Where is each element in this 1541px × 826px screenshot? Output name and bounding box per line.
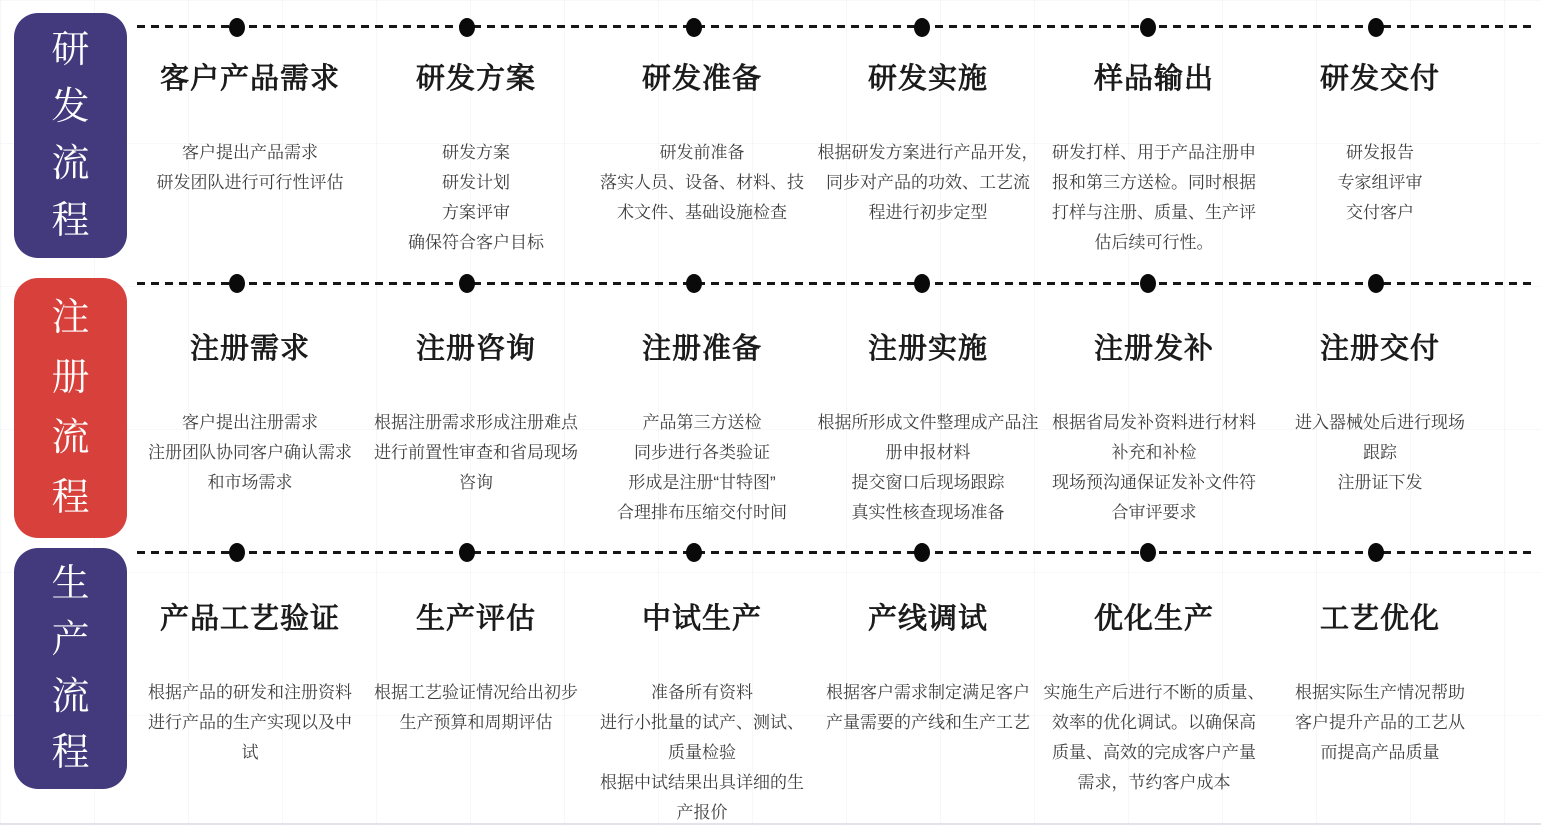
stage-description-line: 客户提升产品的工艺从 — [1267, 708, 1493, 738]
stage-title: 注册咨询 — [363, 332, 589, 366]
stage-description-line: 试 — [137, 738, 363, 768]
stage-description-line: 合审评要求 — [1041, 498, 1267, 528]
stage-description-line: 根据注册需求形成注册难点 — [363, 408, 589, 438]
stage-description-line: 进行前置性审查和省局现场 — [363, 438, 589, 468]
stage-description: 进入器械处后进行现场 跟踪 注册证下发 — [1267, 408, 1493, 498]
stage: 研发实施 根据研发方案进行产品开发， 同步对产品的功效、工艺流 程进行初步定型 — [815, 0, 1041, 258]
stage-description-line: 根据省局发补资料进行材料 — [1041, 408, 1267, 438]
stage-description-line: 现场预沟通保证发补文件符 — [1041, 468, 1267, 498]
stage-description: 研发报告 专家组评审 交付客户 — [1267, 138, 1493, 228]
stage-description-line: 根据工艺验证情况给出初步 — [363, 678, 589, 708]
stage-description-line: 同步进行各类验证 — [589, 438, 815, 468]
row-label-char: 研 — [51, 30, 89, 70]
bottom-divider — [0, 823, 1541, 825]
stage-title: 优化生产 — [1041, 602, 1267, 636]
stage-description-line: 质量检验 — [589, 738, 815, 768]
stage-description: 根据省局发补资料进行材料 补充和补检 现场预沟通保证发补文件符 合审评要求 — [1041, 408, 1267, 528]
stage-description-line: 产品第三方送检 — [589, 408, 815, 438]
stage-description-line: 根据实际生产情况帮助 — [1267, 678, 1493, 708]
stage-description: 根据注册需求形成注册难点 进行前置性审查和省局现场 咨询 — [363, 408, 589, 498]
stage-title: 产品工艺验证 — [137, 602, 363, 636]
stage-description: 研发打样、用于产品注册申 报和第三方送检。同时根据 打样与注册、质量、生产评 估… — [1041, 138, 1267, 258]
stage-description: 产品第三方送检 同步进行各类验证 形成是注册“甘特图” 合理排布压缩交付时间 — [589, 408, 815, 528]
stage-description-line: 合理排布压缩交付时间 — [589, 498, 815, 528]
row-label-char: 产 — [51, 620, 89, 660]
stage-description-line: 和市场需求 — [137, 468, 363, 498]
stage-description-line: 专家组评审 — [1267, 168, 1493, 198]
stage-title: 工艺优化 — [1267, 602, 1493, 636]
stage-title: 客户产品需求 — [137, 62, 363, 96]
stage-description-line: 方案评审 — [363, 198, 589, 228]
stage-title: 生产评估 — [363, 602, 589, 636]
stage-description-line: 进行小批量的试产、测试、 — [589, 708, 815, 738]
stage-title: 注册发补 — [1041, 332, 1267, 366]
rd-stages: 客户产品需求 客户提出产品需求 研发团队进行可行性评估 研发方案 研发方案 研发… — [137, 0, 1493, 258]
stage-description: 根据实际生产情况帮助 客户提升产品的工艺从 而提高产品质量 — [1267, 678, 1493, 768]
stage-description: 根据客户需求制定满足客户 产量需要的产线和生产工艺 — [815, 678, 1041, 738]
stage-description-line: 册申报材料 — [815, 438, 1041, 468]
stage-description-line: 产量需要的产线和生产工艺 — [815, 708, 1041, 738]
stage-description-line: 形成是注册“甘特图” — [589, 468, 815, 498]
stage: 注册需求 客户提出注册需求 注册团队协同客户确认需求 和市场需求 — [137, 270, 363, 528]
stage: 客户产品需求 客户提出产品需求 研发团队进行可行性评估 — [137, 0, 363, 258]
row-label-char: 册 — [51, 358, 89, 398]
stage-description-line: 准备所有资料 — [589, 678, 815, 708]
stage-description-line: 报和第三方送检。同时根据 — [1041, 168, 1267, 198]
row-label-rd-process: 研 发 流 程 — [14, 13, 127, 258]
stage-title: 研发方案 — [363, 62, 589, 96]
stage-description-line: 根据中试结果出具详细的生 — [589, 768, 815, 798]
stage-description-line: 进行产品的生产实现以及中 — [137, 708, 363, 738]
stage-description-line: 需求，节约客户成本 — [1041, 768, 1267, 798]
stage: 研发准备 研发前准备 落实人员、设备、材料、技 术文件、基础设施检查 — [589, 0, 815, 258]
stage: 研发方案 研发方案 研发计划 方案评审 确保符合客户目标 — [363, 0, 589, 258]
stage-description-line: 产报价 — [589, 798, 815, 826]
stage-description-line: 研发计划 — [363, 168, 589, 198]
stage-description-line: 进入器械处后进行现场 — [1267, 408, 1493, 438]
production-stages: 产品工艺验证 根据产品的研发和注册资料 进行产品的生产实现以及中 试 生产评估 … — [137, 540, 1493, 826]
row-label-char: 程 — [51, 201, 89, 241]
stage: 注册咨询 根据注册需求形成注册难点 进行前置性审查和省局现场 咨询 — [363, 270, 589, 528]
row-label-char: 流 — [51, 418, 89, 458]
row-label-char: 生 — [51, 564, 89, 604]
row-label-char: 程 — [51, 478, 89, 518]
stage-description-line: 提交窗口后现场跟踪 — [815, 468, 1041, 498]
stage-description-line: 根据客户需求制定满足客户 — [815, 678, 1041, 708]
stage: 注册发补 根据省局发补资料进行材料 补充和补检 现场预沟通保证发补文件符 合审评… — [1041, 270, 1267, 528]
stage-title: 样品输出 — [1041, 62, 1267, 96]
stage-description-line: 注册团队协同客户确认需求 — [137, 438, 363, 468]
stage-description: 实施生产后进行不断的质量、 效率的优化调试。以确保高 质量、高效的完成客户产量 … — [1041, 678, 1267, 798]
stage-description: 根据研发方案进行产品开发， 同步对产品的功效、工艺流 程进行初步定型 — [815, 138, 1041, 228]
stage-description-line: 术文件、基础设施检查 — [589, 198, 815, 228]
stage: 工艺优化 根据实际生产情况帮助 客户提升产品的工艺从 而提高产品质量 — [1267, 540, 1493, 826]
stage-description-line: 估后续可行性。 — [1041, 228, 1267, 258]
stage: 优化生产 实施生产后进行不断的质量、 效率的优化调试。以确保高 质量、高效的完成… — [1041, 540, 1267, 826]
stage: 研发交付 研发报告 专家组评审 交付客户 — [1267, 0, 1493, 258]
stage-description-line: 生产预算和周期评估 — [363, 708, 589, 738]
stage-description: 根据所形成文件整理成产品注 册申报材料 提交窗口后现场跟踪 真实性核查现场准备 — [815, 408, 1041, 528]
stage: 生产评估 根据工艺验证情况给出初步 生产预算和周期评估 — [363, 540, 589, 826]
row-label-char: 注 — [51, 298, 89, 338]
stage-description: 根据产品的研发和注册资料 进行产品的生产实现以及中 试 — [137, 678, 363, 768]
rd-process-row: 研 发 流 程 客户产品需求 客户提出产品需求 研发团队进行可行性评估 研发方案… — [0, 0, 1541, 270]
stage-description-line: 注册证下发 — [1267, 468, 1493, 498]
stage-description-line: 客户提出注册需求 — [137, 408, 363, 438]
stage-title: 研发实施 — [815, 62, 1041, 96]
stage-description-line: 打样与注册、质量、生产评 — [1041, 198, 1267, 228]
row-label-char: 发 — [51, 87, 89, 127]
row-label-char: 流 — [51, 677, 89, 717]
stage-description-line: 同步对产品的功效、工艺流 — [815, 168, 1041, 198]
stage-title: 注册实施 — [815, 332, 1041, 366]
stage-description-line: 研发方案 — [363, 138, 589, 168]
stage-description-line: 程进行初步定型 — [815, 198, 1041, 228]
process-flow-diagram: 研 发 流 程 客户产品需求 客户提出产品需求 研发团队进行可行性评估 研发方案… — [0, 0, 1541, 826]
stage-description-line: 效率的优化调试。以确保高 — [1041, 708, 1267, 738]
stage-title: 产线调试 — [815, 602, 1041, 636]
stage: 注册交付 进入器械处后进行现场 跟踪 注册证下发 — [1267, 270, 1493, 528]
stage-description-line: 客户提出产品需求 — [137, 138, 363, 168]
stage-description: 根据工艺验证情况给出初步 生产预算和周期评估 — [363, 678, 589, 738]
stage-title: 注册需求 — [137, 332, 363, 366]
stage-description: 研发前准备 落实人员、设备、材料、技 术文件、基础设施检查 — [589, 138, 815, 228]
stage-description: 客户提出注册需求 注册团队协同客户确认需求 和市场需求 — [137, 408, 363, 498]
row-label-char: 流 — [51, 144, 89, 184]
stage-title: 中试生产 — [589, 602, 815, 636]
stage-title: 注册准备 — [589, 332, 815, 366]
stage-description-line: 交付客户 — [1267, 198, 1493, 228]
stage-description-line: 确保符合客户目标 — [363, 228, 589, 258]
stage: 注册准备 产品第三方送检 同步进行各类验证 形成是注册“甘特图” 合理排布压缩交… — [589, 270, 815, 528]
stage-description-line: 研发团队进行可行性评估 — [137, 168, 363, 198]
registration-stages: 注册需求 客户提出注册需求 注册团队协同客户确认需求 和市场需求 注册咨询 根据… — [137, 270, 1493, 528]
stage-description-line: 咨询 — [363, 468, 589, 498]
stage-description-line: 根据产品的研发和注册资料 — [137, 678, 363, 708]
stage-title: 研发准备 — [589, 62, 815, 96]
row-label-registration-process: 注 册 流 程 — [14, 278, 127, 538]
row-label-production-process: 生 产 流 程 — [14, 548, 127, 789]
stage-description: 研发方案 研发计划 方案评审 确保符合客户目标 — [363, 138, 589, 258]
stage-description-line: 研发报告 — [1267, 138, 1493, 168]
stage-description-line: 研发前准备 — [589, 138, 815, 168]
stage-title: 注册交付 — [1267, 332, 1493, 366]
stage-description-line: 根据研发方案进行产品开发， — [815, 138, 1041, 168]
stage-description-line: 实施生产后进行不断的质量、 — [1041, 678, 1267, 708]
stage-description-line: 落实人员、设备、材料、技 — [589, 168, 815, 198]
stage-description-line: 跟踪 — [1267, 438, 1493, 468]
stage: 样品输出 研发打样、用于产品注册申 报和第三方送检。同时根据 打样与注册、质量、… — [1041, 0, 1267, 258]
row-label-char: 程 — [51, 733, 89, 773]
stage-description-line: 而提高产品质量 — [1267, 738, 1493, 768]
stage: 产品工艺验证 根据产品的研发和注册资料 进行产品的生产实现以及中 试 — [137, 540, 363, 826]
stage-description-line: 补充和补检 — [1041, 438, 1267, 468]
stage-description-line: 质量、高效的完成客户产量 — [1041, 738, 1267, 768]
registration-process-row: 注 册 流 程 注册需求 客户提出注册需求 注册团队协同客户确认需求 和市场需求… — [0, 270, 1541, 540]
stage-description-line: 根据所形成文件整理成产品注 — [815, 408, 1041, 438]
stage: 中试生产 准备所有资料 进行小批量的试产、测试、 质量检验 根据中试结果出具详细… — [589, 540, 815, 826]
stage-description-line: 研发打样、用于产品注册申 — [1041, 138, 1267, 168]
stage-description: 客户提出产品需求 研发团队进行可行性评估 — [137, 138, 363, 198]
stage-description: 准备所有资料 进行小批量的试产、测试、 质量检验 根据中试结果出具详细的生 产报… — [589, 678, 815, 826]
stage: 注册实施 根据所形成文件整理成产品注 册申报材料 提交窗口后现场跟踪 真实性核查… — [815, 270, 1041, 528]
stage-description-line: 真实性核查现场准备 — [815, 498, 1041, 528]
stage-title: 研发交付 — [1267, 62, 1493, 96]
production-process-row: 生 产 流 程 产品工艺验证 根据产品的研发和注册资料 进行产品的生产实现以及中… — [0, 540, 1541, 826]
stage: 产线调试 根据客户需求制定满足客户 产量需要的产线和生产工艺 — [815, 540, 1041, 826]
